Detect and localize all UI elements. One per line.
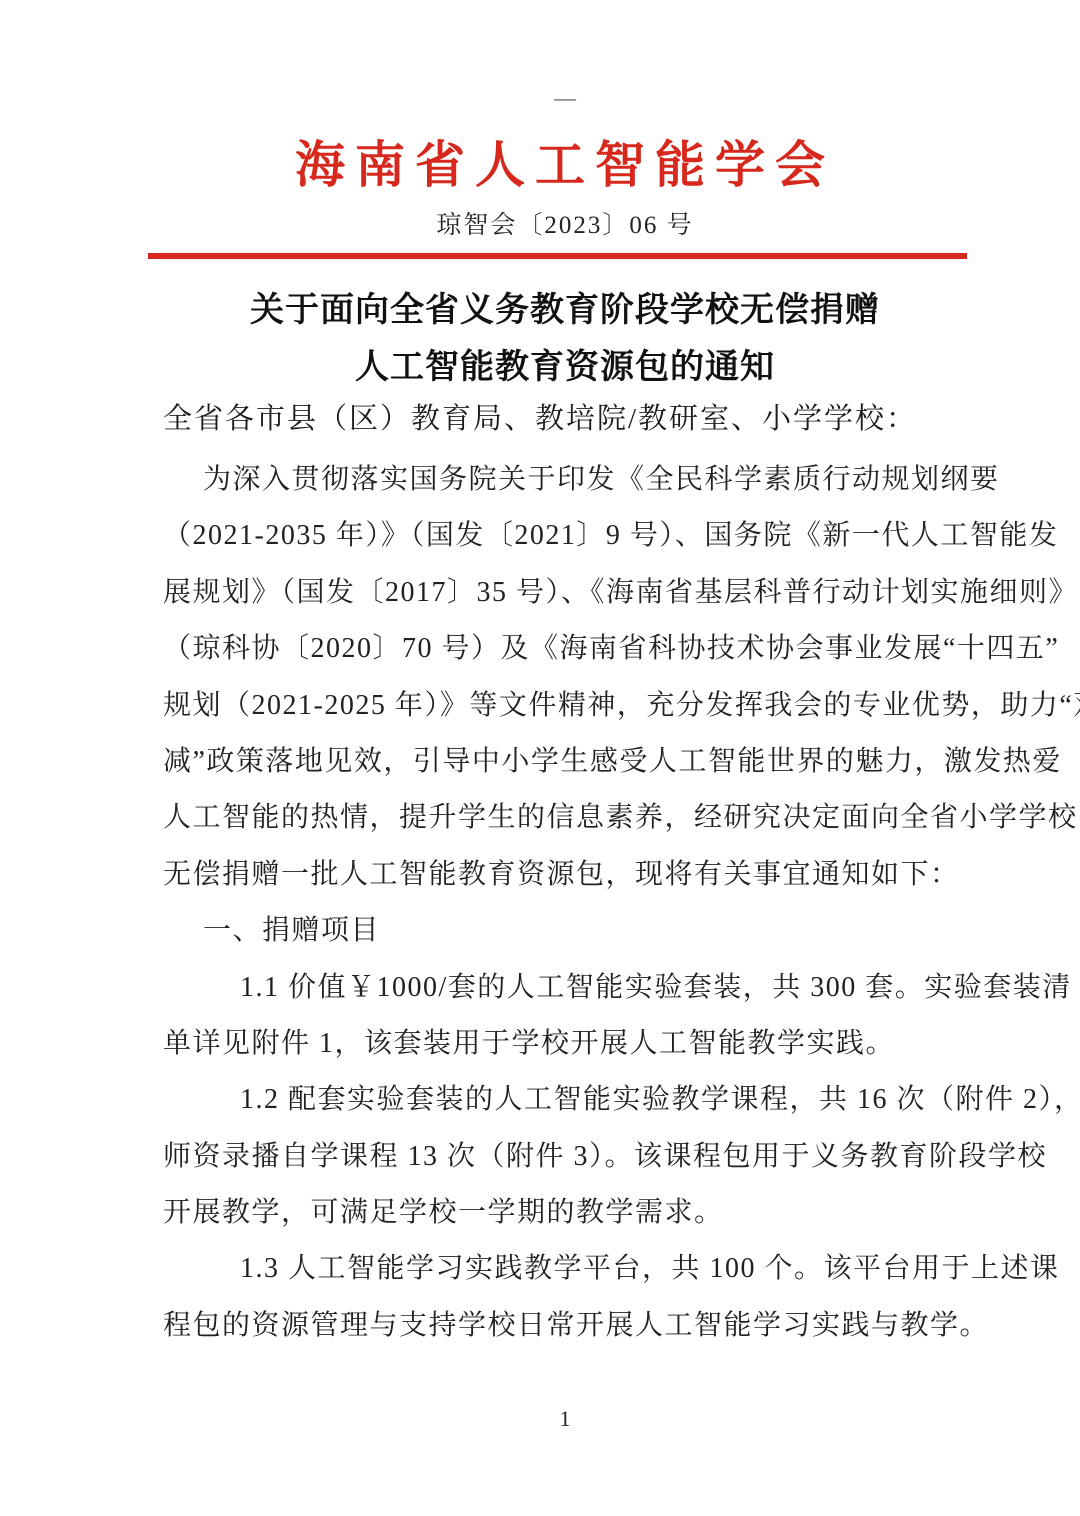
- org-name-heading: 海南省人工智能学会: [50, 134, 1080, 196]
- body-line: 师资录播自学课程 13 次（附件 3）。该课程包用于义务教育阶段学校: [163, 1129, 1002, 1185]
- body-line: 展规划》（国发〔2017〕35 号）、《海南省基层科普行动计划实施细则》: [163, 565, 1002, 621]
- body-line: （琼科协〔2020〕70 号）及《海南省科协技术协会事业发展“十四五”: [163, 621, 1002, 677]
- notice-title-line-2: 人工智能教育资源包的通知: [50, 339, 1080, 396]
- body-line: 1.2 配套实验套装的人工智能实验教学课程，共 16 次（附件 2），: [163, 1072, 1002, 1128]
- notice-body: 为深入贯彻落实国务院关于印发《全民科学素质行动规划纲要 （2021-2035 年…: [163, 452, 1002, 1354]
- page-top-mark: —: [50, 86, 1080, 110]
- body-line: 1.1 价值￥1000/套的人工智能实验套装，共 300 套。实验套装清: [163, 960, 1002, 1016]
- notice-title: 关于面向全省义务教育阶段学校无偿捐赠 人工智能教育资源包的通知: [50, 282, 1080, 396]
- page-number: 1: [50, 1404, 1080, 1434]
- body-line: 为深入贯彻落实国务院关于印发《全民科学素质行动规划纲要: [163, 452, 1002, 508]
- body-line: 单详见附件 1，该套装用于学校开展人工智能教学实践。: [163, 1016, 1002, 1072]
- notice-title-line-1: 关于面向全省义务教育阶段学校无偿捐赠: [50, 282, 1080, 339]
- document-page: — 海南省人工智能学会 琼智会〔2023〕06 号 关于面向全省义务教育阶段学校…: [0, 0, 1080, 1516]
- body-line: 规划（2021-2025 年）》等文件精神，充分发挥我会的专业优势，助力“双: [163, 678, 1002, 734]
- body-line: 无偿捐赠一批人工智能教育资源包，现将有关事宜通知如下：: [163, 847, 1002, 903]
- body-line: 1.3 人工智能学习实践教学平台，共 100 个。该平台用于上述课: [163, 1241, 1002, 1297]
- body-line: 开展教学，可满足学校一学期的教学需求。: [163, 1185, 1002, 1241]
- body-line: （2021-2035 年）》（国发〔2021〕9 号）、国务院《新一代人工智能发: [163, 508, 1002, 564]
- red-divider-rule: [148, 253, 967, 259]
- document-number: 琼智会〔2023〕06 号: [50, 209, 1080, 242]
- body-section-heading: 一、捐赠项目: [163, 903, 1002, 959]
- body-line: 人工智能的热情，提升学生的信息素养，经研究决定面向全省小学学校: [163, 790, 1002, 846]
- body-line: 减”政策落地见效，引导中小学生感受人工智能世界的魅力，激发热爱: [163, 734, 1002, 790]
- addressee-line: 全省各市县（区）教育局、教培院/教研室、小学学校：: [163, 399, 1040, 439]
- body-line: 程包的资源管理与支持学校日常开展人工智能学习实践与教学。: [163, 1298, 1002, 1354]
